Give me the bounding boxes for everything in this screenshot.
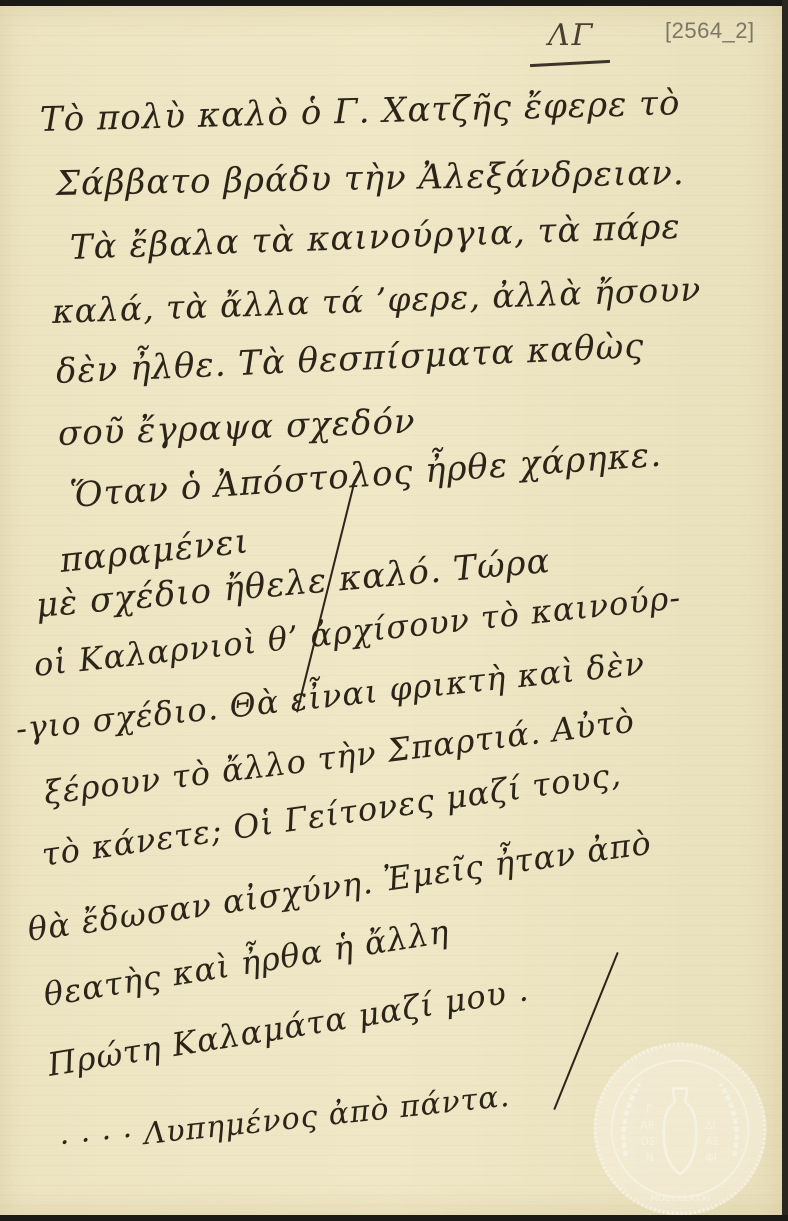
- page-number: ΛΓ: [548, 18, 594, 53]
- svg-text:Ν: Ν: [646, 1151, 654, 1164]
- svg-text:ΑΡ: ΑΡ: [640, 1119, 654, 1132]
- svg-text:ΔΙ: ΔΙ: [705, 1119, 716, 1132]
- handwritten-line: Σάββατο βράδυ τὴν Ἀλεξάνδρειαν.: [56, 153, 685, 204]
- handwritten-line: καλά, τὰ ἄλλα τά ’φερε, ἀλλὰ ἤσουν: [51, 269, 702, 331]
- svg-text:ΑΣ: ΑΣ: [705, 1135, 719, 1148]
- handwritten-line: · · · · Λυπημένος ἀπὸ πάντα.: [58, 1079, 511, 1161]
- manuscript-page: ΛΓ [2564_2] Τὸ πολὺ καλὸ ὁ Γ. Χατζῆς ἔφε…: [0, 6, 782, 1215]
- handwritten-line: Τὸ πολὺ καλὸ ὁ Γ. Χατζῆς ἔφερε τὸ: [39, 83, 680, 140]
- archive-reference: [2564_2]: [665, 18, 755, 44]
- svg-text:ΟΣ: ΟΣ: [640, 1135, 655, 1148]
- scan-bottom-border: [0, 1215, 788, 1221]
- page-number-underline: [530, 60, 610, 67]
- svg-text:ΦΙ: ΦΙ: [705, 1151, 717, 1164]
- handwritten-line: σοῦ ἔγραψα σχεδόν: [57, 402, 416, 454]
- handwritten-line: δὲν ἦλθε. Τὰ θεσπίσματα καθὼς: [55, 326, 645, 392]
- institution-seal-icon: Γ ΑΡ ΟΣ Ν ΔΙ ΑΣ ΦΙ MDCCCLXXXI: [590, 1039, 770, 1219]
- handwritten-line: Τὰ ἔβαλα τὰ καινούργια, τὰ πάρε: [69, 207, 681, 268]
- svg-text:Γ: Γ: [646, 1102, 653, 1116]
- scan-right-border: [782, 0, 788, 1221]
- svg-text:MDCCCLXXXI: MDCCCLXXXI: [650, 1194, 710, 1204]
